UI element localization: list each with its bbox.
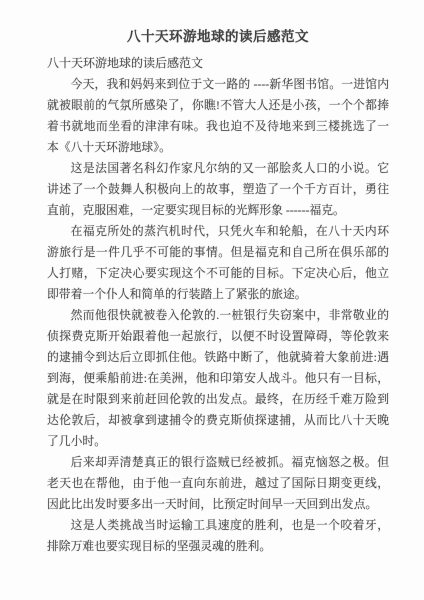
paragraph-3: 在福克所处的蒸汽机时代，只凭火车和轮船，在八十天内环游旅行是一件几乎不可能的事情… [47, 221, 389, 305]
document-body: 今天，我和妈妈来到位于文一路的 ----新华图书馆。一进馆内就被眼前的气氛所感染… [47, 74, 389, 557]
document-content: 八十天环游地球的读后感范文 八十天环游地球的读后感范文 今天，我和妈妈来到位于文… [47, 26, 389, 557]
paragraph-6: 这是人类挑战当时运输工具速度的胜利，也是一个咬着牙，排除万难也要实现目标的坚强灵… [47, 515, 389, 557]
document-title: 八十天环游地球的读后感范文 [47, 26, 389, 47]
document-subtitle: 八十天环游地球的读后感范文 [47, 53, 389, 74]
paragraph-5: 后来却弄清楚真正的银行盗贼已经被抓。福克恼怒之极。但老天也在帮他，由于他一直向东… [47, 452, 389, 515]
scanned-document-page: { "doc": { "title": "八十天环游地球的读后感范文", "su… [0, 0, 424, 600]
paragraph-4: 然而他很快就被卷入伦敦的.一桩银行失窃案中，非常敬业的侦探费克斯开始跟着他一起旅… [47, 305, 389, 452]
paragraph-1: 今天，我和妈妈来到位于文一路的 ----新华图书馆。一进馆内就被眼前的气氛所感染… [47, 74, 389, 158]
paragraph-2: 这是法国著名科幻作家凡尔纳的又一部脍炙人口的小说。它讲述了一个鼓舞人积极向上的故… [47, 158, 389, 221]
